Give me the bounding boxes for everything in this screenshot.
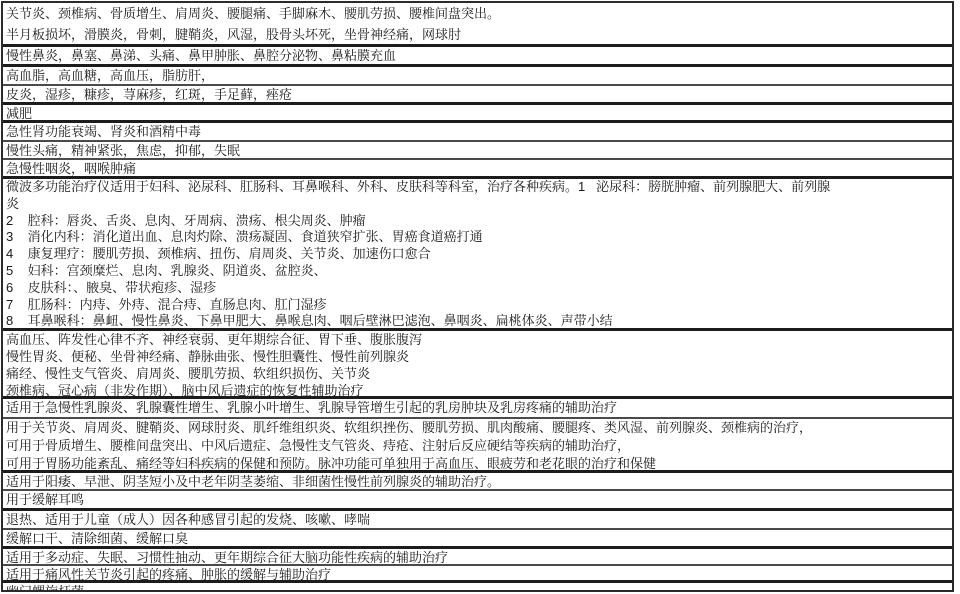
cell-text-line: 痛经、慢性支气管炎、肩周炎、腰肌劳损、软组织损伤、关节炎	[6, 365, 952, 382]
cell-text-line: 3 消化内科：消化道出血、息肉灼除、溃疡凝固、食道狭窄扩张、胃癌食道癌打通	[6, 229, 952, 246]
cell-text-line: 高血脂，高血糖，高血压，脂肪肝，	[6, 67, 952, 84]
cell-text-line: 6 皮肤科：、腋臭、带状疱疹、湿疹	[6, 280, 952, 297]
cell-text-line: 可用于胃肠功能紊乱、痛经等妇科疾病的保健和预防。脉冲功能可单独用于高血压、眼疲劳…	[6, 455, 952, 473]
cell-text-line: 慢性头痛，精神紧张，焦虑，抑郁，失眠	[6, 142, 952, 159]
cell-text-line: 4 康复理疗：腰肌劳损、颈椎病、扭伤、肩周炎、关节炎、加速伤口愈合	[6, 246, 952, 263]
cell-text-line: 半月板损坏，滑膜炎，骨刺，腱鞘炎，风湿，股骨头坏死，坐骨神经痛，网球肘	[6, 24, 952, 45]
table-cell[interactable]: 微波多功能治疗仪适用于妇科、泌尿科、肛肠科、耳鼻喉科、外科、皮肤科等科室，治疗各…	[3, 179, 952, 331]
cell-text-line: 退热、适用于儿童（成人）因各种感冒引起的发烧、咳嗽、哮喘	[6, 511, 952, 528]
cell-text-line: 适用于阳痿、早泄、阴茎短小及中老年阴茎萎缩、非细菌性慢性前列腺炎的辅助治疗。	[6, 473, 952, 490]
cell-text-line: 急性肾功能衰竭、肾炎和酒精中毒	[6, 123, 952, 140]
table-cell[interactable]: 皮炎，湿疹，糠疹，荨麻疹，红斑，手足藓，痤疮	[3, 86, 952, 105]
table-cell[interactable]: 适用于阳痿、早泄、阴茎短小及中老年阴茎萎缩、非细菌性慢性前列腺炎的辅助治疗。	[3, 473, 952, 491]
table-cell[interactable]: 高血压、阵发性心律不齐、神经衰弱、更年期综合征、胃下垂、腹胀腹泻慢性胃炎、便秘、…	[3, 331, 952, 399]
table-cell[interactable]: 用于缓解耳鸣	[3, 491, 952, 511]
cell-text-line: 8 耳鼻喉科：鼻衄、慢性鼻炎、下鼻甲肥大、鼻喉息肉、咽后壁淋巴滤泡、鼻咽炎、扁桃…	[6, 313, 952, 330]
table-cell[interactable]: 急性肾功能衰竭、肾炎和酒精中毒	[3, 123, 952, 142]
cell-text-line: 皮炎，湿疹，糠疹，荨麻疹，红斑，手足藓，痤疮	[6, 86, 952, 103]
table-cell[interactable]: 缓解口干、清除细菌、缓解口臭	[3, 530, 952, 549]
cell-text-line: 适用于痛风性关节炎引起的疼痛、肿胀的缓解与辅助治疗	[6, 566, 952, 583]
cell-text-line: 慢性胃炎、便秘、坐骨神经痛、静脉曲张、慢性胆囊性、慢性前列腺炎	[6, 348, 952, 365]
cell-text-line: 关节炎、颈椎病、骨质增生、肩周炎、腰腿痛、手脚麻木、腰肌劳损、腰椎间盘突出。	[6, 3, 952, 24]
cell-text-line: 适用于急慢性乳腺炎、乳腺囊性增生、乳腺小叶增生、乳腺导管增生引起的乳房肿块及乳房…	[6, 399, 952, 416]
cell-text-line: 5 妇科：宫颈糜烂、息肉、乳腺炎、阴道炎、盆腔炎、	[6, 263, 952, 280]
cell-text-line: 减肥	[6, 105, 952, 122]
table-cell[interactable]: 用于关节炎、肩周炎、腱鞘炎、网球肘炎、肌纤维组织炎、软组织挫伤、腰肌劳损、肌肉酸…	[3, 419, 952, 473]
table-cell[interactable]: 关节炎、颈椎病、骨质增生、肩周炎、腰腿痛、手脚麻木、腰肌劳损、腰椎间盘突出。半月…	[3, 3, 952, 47]
table-cell[interactable]: 高血脂，高血糖，高血压，脂肪肝，	[3, 67, 952, 86]
cell-text-line: 2 腔科：唇炎、舌炎、息肉、牙周病、溃疡、根尖周炎、肿瘤	[6, 213, 952, 230]
cell-text-line: 可用于骨质增生、腰椎间盘突出、中风后遗症、急慢性支气管炎、痔疮、注射后反应硬结等…	[6, 437, 952, 455]
table-cell[interactable]: 退热、适用于儿童（成人）因各种感冒引起的发烧、咳嗽、哮喘	[3, 511, 952, 530]
table-cell[interactable]: 适用于多动症、失眠、习惯性抽动、更年期综合征大脑功能性疾病的辅助治疗	[3, 549, 952, 566]
cell-text-line: 用于关节炎、肩周炎、腱鞘炎、网球肘炎、肌纤维组织炎、软组织挫伤、腰肌劳损、肌肉酸…	[6, 419, 952, 437]
table-cell[interactable]: 减肥	[3, 105, 952, 123]
table-cell[interactable]: 慢性鼻炎，鼻塞、鼻涕、头痛、鼻甲肿胀、鼻腔分泌物、鼻粘膜充血	[3, 47, 952, 67]
cell-text-line: 炎	[6, 196, 952, 213]
table-cell[interactable]: 幽门螺旋杆菌	[3, 583, 952, 592]
table-cell[interactable]: 慢性头痛，精神紧张，焦虑，抑郁，失眠	[3, 142, 952, 160]
medical-indications-table: 关节炎、颈椎病、骨质增生、肩周炎、腰腿痛、手脚麻木、腰肌劳损、腰椎间盘突出。半月…	[1, 1, 954, 592]
table-cell[interactable]: 适用于痛风性关节炎引起的疼痛、肿胀的缓解与辅助治疗	[3, 566, 952, 583]
cell-text-line: 适用于多动症、失眠、习惯性抽动、更年期综合征大脑功能性疾病的辅助治疗	[6, 549, 952, 566]
cell-text-line: 缓解口干、清除细菌、缓解口臭	[6, 530, 952, 547]
cell-text-line: 慢性鼻炎，鼻塞、鼻涕、头痛、鼻甲肿胀、鼻腔分泌物、鼻粘膜充血	[6, 47, 952, 64]
cell-text-line: 颈椎病、冠心病（非发作期）、脑中风后遗症的恢复性辅助治疗	[6, 382, 952, 399]
cell-text-line: 微波多功能治疗仪适用于妇科、泌尿科、肛肠科、耳鼻喉科、外科、皮肤科等科室，治疗各…	[6, 179, 952, 196]
cell-text-line: 7 肛肠科：内痔、外痔、混合痔、直肠息肉、肛门湿疹	[6, 297, 952, 314]
table-cell[interactable]: 急慢性咽炎，咽喉肿痛	[3, 160, 952, 179]
cell-text-line: 高血压、阵发性心律不齐、神经衰弱、更年期综合征、胃下垂、腹胀腹泻	[6, 331, 952, 348]
cell-text-line: 幽门螺旋杆菌	[6, 583, 952, 592]
table-cell[interactable]: 适用于急慢性乳腺炎、乳腺囊性增生、乳腺小叶增生、乳腺导管增生引起的乳房肿块及乳房…	[3, 399, 952, 419]
cell-text-line: 用于缓解耳鸣	[6, 491, 952, 508]
cell-text-line: 急慢性咽炎，咽喉肿痛	[6, 160, 952, 177]
